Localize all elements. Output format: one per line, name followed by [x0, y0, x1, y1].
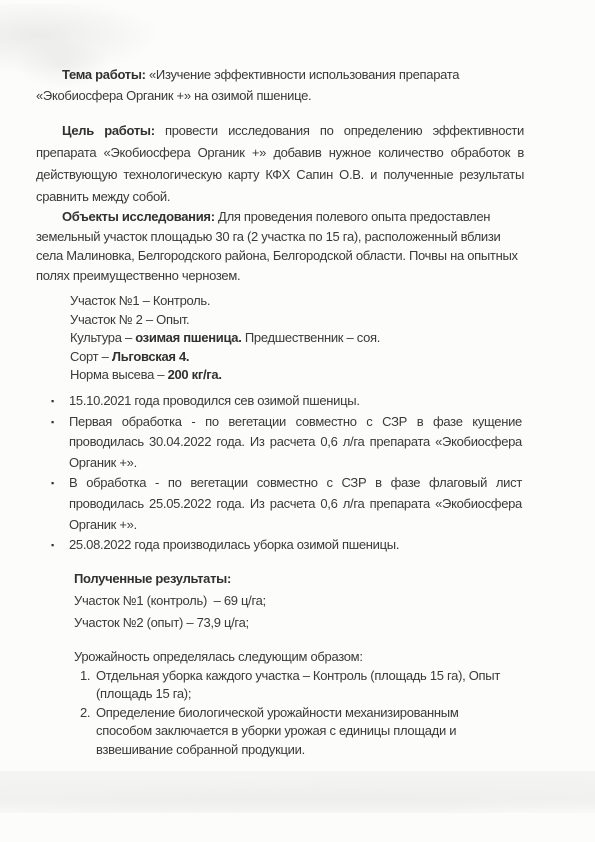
timeline-text: 15.10.2021 года проводился сев озимой пш…: [69, 391, 522, 412]
results-heading: Полученные результаты:: [74, 568, 514, 590]
yield-item-line: Определение биологической урожайности ме…: [96, 704, 536, 723]
plot-details-block: Участок №1 – Контроль. Участок № 2 – Опы…: [70, 292, 520, 385]
yield-item-line: (площадь 15 га);: [96, 685, 536, 704]
timeline-item: ▪ В обработка - по вегетации совместно с…: [36, 473, 522, 535]
paragraph-objects: Объекты исследования: Для проведения пол…: [36, 207, 524, 285]
seeding-rate-value: 200 кг/га.: [168, 367, 222, 382]
yield-item-number: 1.: [74, 667, 96, 704]
timeline-text: 25.08.2022 года производилась уборка ози…: [69, 535, 522, 556]
plot-line-4: Сорт – Льговская 4.: [70, 348, 520, 367]
plot-line-1: Участок №1 – Контроль.: [70, 292, 520, 311]
timeline-text: Первая обработка - по вегетации совместн…: [69, 412, 522, 474]
results-block: Полученные результаты: Участок №1 (контр…: [74, 568, 514, 633]
yield-item-text: Определение биологической урожайности ме…: [96, 704, 536, 760]
goal-label: Цель работы:: [62, 123, 155, 138]
bullet-icon: ▪: [36, 535, 69, 556]
plot-line-5: Норма высева – 200 кг/га.: [70, 366, 520, 385]
bullet-icon: ▪: [36, 473, 69, 535]
scan-shadow-band: [0, 771, 595, 813]
yield-item-text: Отдельная уборка каждого участка – Контр…: [96, 667, 536, 704]
sort-label: Сорт –: [70, 349, 112, 364]
plot-line-3: Культура – озимая пшеница. Предшественни…: [70, 329, 520, 348]
sort-value: Льговская 4.: [112, 349, 189, 364]
objects-label: Объекты исследования:: [62, 209, 215, 224]
yield-item-line: Отдельная уборка каждого участка – Контр…: [96, 667, 536, 686]
timeline-item: ▪ 25.08.2022 года производилась уборка о…: [36, 535, 522, 556]
plot-line-2: Участок № 2 – Опыт.: [70, 311, 520, 330]
bullet-icon: ▪: [36, 391, 69, 412]
yield-item: 1. Отдельная уборка каждого участка – Ко…: [74, 667, 536, 704]
results-control-line: Участок №1 (контроль) – 69 ц/га;: [74, 590, 514, 612]
paragraph-theme: Тема работы: «Изучение эффективности исп…: [36, 64, 524, 106]
yield-method-block: Урожайность определялась следующим образ…: [74, 648, 536, 760]
yield-intro: Урожайность определялась следующим образ…: [74, 648, 536, 667]
yield-item: 2. Определение биологической урожайности…: [74, 704, 536, 760]
timeline-item: ▪ Первая обработка - по вегетации совмес…: [36, 412, 522, 474]
seeding-rate-label: Норма высева –: [70, 367, 168, 382]
bullet-icon: ▪: [36, 412, 69, 474]
yield-item-number: 2.: [74, 704, 96, 760]
culture-label: Культура –: [70, 330, 135, 345]
yield-item-line: способом заключается в уборки урожая с е…: [96, 722, 536, 741]
results-experiment-line: Участок №2 (опыт) – 73,9 ц/га;: [74, 612, 514, 634]
culture-value: озимая пшеница.: [135, 330, 241, 345]
paragraph-goal: Цель работы: провести исследования по оп…: [36, 120, 524, 208]
timeline-item: ▪ 15.10.2021 года проводился сев озимой …: [36, 391, 522, 412]
theme-label: Тема работы:: [62, 67, 146, 82]
timeline-list: ▪ 15.10.2021 года проводился сев озимой …: [36, 391, 522, 556]
yield-item-line: взвешивание собранной продукции.: [96, 741, 536, 760]
timeline-text: В обработка - по вегетации совместно с С…: [69, 473, 522, 535]
document-page: Тема работы: «Изучение эффективности исп…: [0, 0, 595, 842]
predecessor-text: Предшественник – соя.: [242, 330, 381, 345]
